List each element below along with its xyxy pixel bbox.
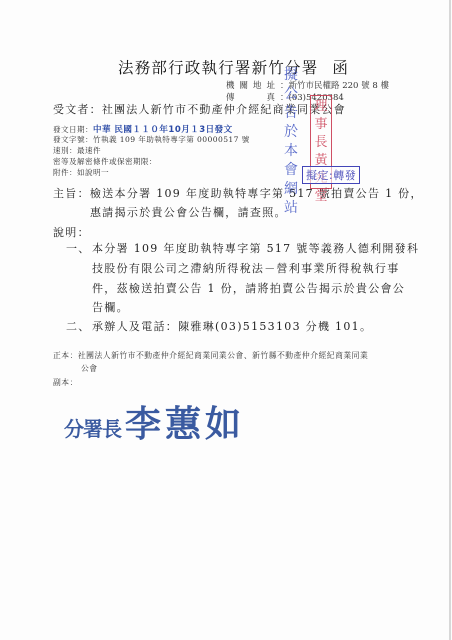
secrecy-label: 密等及解密條件或保密期限： (53, 157, 157, 166)
explanation-item-2-line-1: 承辦人及電話：陳雅琳(03)5153103 分機 101。 (92, 318, 372, 334)
stamp-post-to-website: 擬公告於本會網站 (282, 66, 300, 218)
main-recipient-line-2: 公會 (81, 363, 98, 374)
explanation-item-1-line-1: 本分署 109 年度助執特專字第 517 號等義務人德利開發科 (92, 240, 419, 256)
speed-line: 速別：最速件 (53, 145, 101, 156)
signature-stamp: 分署長李蕙如 (64, 396, 245, 447)
document-kind: 函 (332, 59, 349, 77)
attachment-value: 如說明一 (77, 168, 109, 177)
document-page: 法務部行政執行署新竹分署函 機關地址：新竹市民權路 220 號 8 樓 傳 真：… (0, 0, 452, 640)
copy-recipient-line: 副本： (53, 377, 78, 388)
explanation-item-2-number: 二、 (66, 318, 91, 334)
address-value: 新竹市民權路 220 號 8 樓 (289, 81, 389, 91)
doc-number-value: 竹執義 109 年助執特專字第 00000517 號 (93, 135, 250, 144)
explanation-item-1-line-2: 技股份有限公司之滯納所得稅法－營利事業所得稅執行事 (92, 260, 400, 276)
date-label: 發文日期： (53, 125, 93, 134)
doc-number-label: 發文字號： (53, 135, 93, 144)
subject-line-2: 惠請揭示於貴公會公告欄，請查照。 (90, 204, 287, 220)
explanation-label: 說明： (53, 224, 90, 240)
secrecy-line: 密等及解密條件或保密期限： (53, 156, 157, 167)
explanation-item-1-line-4: 告欄。 (92, 299, 129, 315)
signature-role: 分署長 (64, 417, 121, 441)
subject-line-1: 主旨：檢送本分署 109 年度助執特專字第 517 號拍賣公告 1 份， (53, 185, 423, 201)
attachment-label: 附件： (53, 168, 77, 177)
signature-name: 李蕙如 (125, 404, 245, 445)
speed-label: 速別： (53, 146, 77, 155)
explanation-item-1-number: 一、 (66, 240, 91, 256)
attachment-line: 附件：如說明一 (53, 167, 109, 178)
stamp-draft-forward: 擬定:轉發 (302, 166, 360, 184)
recipient-label: 受文者： (53, 103, 102, 116)
recipient-line: 受文者：社團法人新竹市不動產仲介經紀商業同業公會 (53, 101, 346, 117)
address-line: 機關地址：新竹市民權路 220 號 8 樓 (226, 79, 389, 91)
main-recipient-line-1: 正本：社團法人新竹市不動產仲介經紀商業同業公會、新竹縣不動產仲介經紀商業同業 (53, 350, 368, 361)
address-label: 機關地址 (226, 81, 280, 91)
subject-text-1: 檢送本分署 109 年度助執特專字第 517 號拍賣公告 1 份， (90, 187, 423, 200)
doc-number-line: 發文字號：竹執義 109 年助執特專字第 00000517 號 (53, 134, 250, 145)
explanation-item-1-line-3: 件，茲檢送拍賣公告 1 份，請將拍賣公告揭示於貴公會公 (92, 280, 405, 296)
main-recipient-label: 正本： (53, 351, 78, 360)
main-recipient-value-1: 社團法人新竹市不動產仲介經紀商業同業公會、新竹縣不動產仲介經紀商業同業 (78, 351, 368, 360)
page-edge (449, 0, 451, 640)
subject-label: 主旨： (53, 187, 90, 200)
speed-value: 最速件 (77, 146, 101, 155)
document-title: 法務部行政執行署新竹分署函 (118, 56, 349, 78)
copy-label: 副本： (53, 378, 78, 387)
